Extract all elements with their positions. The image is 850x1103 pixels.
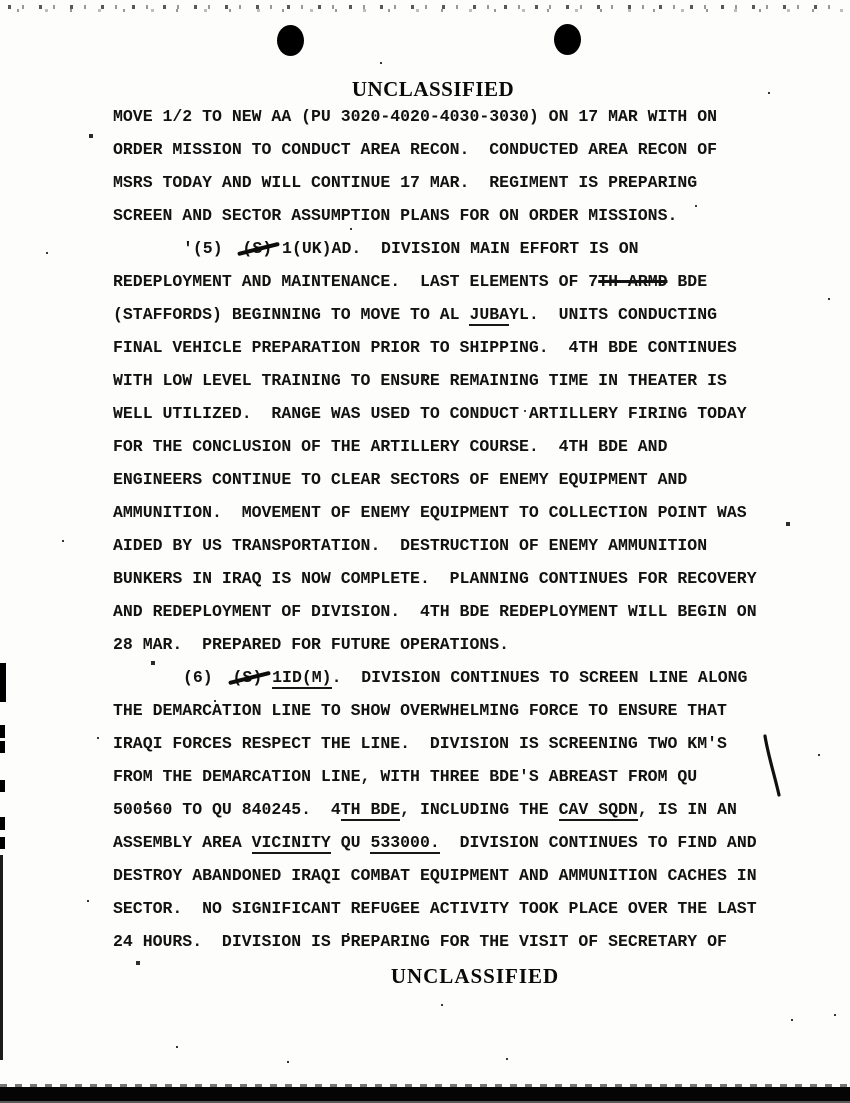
binding-edge-mark <box>0 780 5 792</box>
handwritten-pen-stroke <box>753 731 787 803</box>
text-run: FOR THE CONCLUSION OF THE ARTILLERY COUR… <box>113 437 668 456</box>
text-run: AIDED BY US TRANSPORTATION. DESTRUCTION … <box>113 536 707 555</box>
text-line: WITH LOW LEVEL TRAINING TO ENSURE REMAIN… <box>113 364 803 397</box>
text-run: '(5) <box>183 239 242 258</box>
text-line: FROM THE DEMARCATION LINE, WITH THREE BD… <box>113 760 803 793</box>
text-line: (STAFFORDS) BEGINNING TO MOVE TO AL JUBA… <box>113 298 803 331</box>
binding-edge-mark <box>0 855 3 1060</box>
text-line: IRAQI FORCES RESPECT THE LINE. DIVISION … <box>113 727 803 760</box>
text-run: DESTROY ABANDONED IRAQI COMBAT EQUIPMENT… <box>113 866 757 885</box>
text-line: '(5) (S) 1(UK)AD. DIVISION MAIN EFFORT I… <box>113 232 803 265</box>
text-line: THE DEMARCATION LINE TO SHOW OVERWHELMIN… <box>113 694 803 727</box>
struck-classification-mark: (S) <box>242 232 272 265</box>
text-run: WELL UTILIZED. RANGE WAS USED TO CONDUCT… <box>113 404 747 423</box>
text-run: WITH LOW LEVEL TRAINING TO ENSURE REMAIN… <box>113 371 727 390</box>
text-run: , IS IN AN <box>638 800 737 819</box>
text-run: AMMUNITION. MOVEMENT OF ENEMY EQUIPMENT … <box>113 503 747 522</box>
binding-edge-mark <box>0 837 5 849</box>
text-line: AMMUNITION. MOVEMENT OF ENEMY EQUIPMENT … <box>113 496 803 529</box>
scan-noise-band <box>8 9 844 12</box>
text-line: 28 MAR. PREPARED FOR FUTURE OPERATIONS. <box>113 628 803 661</box>
text-line: DESTROY ABANDONED IRAQI COMBAT EQUIPMENT… <box>113 859 803 892</box>
text-run: ASSEMBLY AREA <box>113 833 252 852</box>
scan-speck-dots <box>0 0 2 2</box>
text-run: DIVISION CONTINUES TO FIND AND <box>440 833 757 852</box>
text-run: . DIVISION CONTINUES TO SCREEN LINE ALON… <box>332 668 748 687</box>
text-line: 500560 TO QU 840245. 4TH BDE, INCLUDING … <box>113 793 803 826</box>
binding-edge-mark <box>0 725 5 738</box>
underlined-text: JUBA <box>469 305 509 326</box>
text-run: BUNKERS IN IRAQ IS NOW COMPLETE. PLANNIN… <box>113 569 757 588</box>
text-line: ASSEMBLY AREA VICINITY QU 533000. DIVISI… <box>113 826 803 859</box>
text-run: MSRS TODAY AND WILL CONTINUE 17 MAR. REG… <box>113 173 697 192</box>
text-run: FINAL VEHICLE PREPARATION PRIOR TO SHIPP… <box>113 338 737 357</box>
text-line: AND REDEPLOYMENT OF DIVISION. 4TH BDE RE… <box>113 595 803 628</box>
text-line: ORDER MISSION TO CONDUCT AREA RECON. CON… <box>113 133 803 166</box>
text-run: FROM THE DEMARCATION LINE, WITH THREE BD… <box>113 767 697 786</box>
underlined-text: VICINITY <box>252 833 331 854</box>
text-run: SCREEN AND SECTOR ASSUMPTION PLANS FOR O… <box>113 206 677 225</box>
text-line: 24 HOURS. DIVISION IS PREPARING FOR THE … <box>113 925 803 958</box>
text-run: IRAQI FORCES RESPECT THE LINE. DIVISION … <box>113 734 727 753</box>
text-line: MSRS TODAY AND WILL CONTINUE 17 MAR. REG… <box>113 166 803 199</box>
text-run: QU <box>331 833 371 852</box>
text-run: ORDER MISSION TO CONDUCT AREA RECON. CON… <box>113 140 717 159</box>
underlined-text: TH BDE <box>341 800 400 821</box>
text-run: MOVE 1/2 TO NEW AA (PU 3020-4020-4030-30… <box>113 107 717 126</box>
text-run: YL. UNITS CONDUCTING <box>509 305 717 324</box>
scan-noise-band <box>8 5 844 9</box>
text-run: ENGINEERS CONTINUE TO CLEAR SECTORS OF E… <box>113 470 687 489</box>
binding-edge-mark <box>0 663 6 702</box>
text-run: SECTOR. NO SIGNIFICANT REFUGEE ACTIVITY … <box>113 899 757 918</box>
classification-header: UNCLASSIFIED <box>352 77 514 102</box>
text-run: , INCLUDING THE <box>400 800 558 819</box>
text-line: WELL UTILIZED. RANGE WAS USED TO CONDUCT… <box>113 397 803 430</box>
binding-edge-mark <box>0 817 5 830</box>
struck-text: TH ARMD <box>598 272 667 291</box>
document-body: MOVE 1/2 TO NEW AA (PU 3020-4020-4030-30… <box>113 100 803 958</box>
classification-footer: UNCLASSIFIED <box>391 964 559 989</box>
binding-edge-mark <box>0 741 5 753</box>
text-run: 24 HOURS. DIVISION IS PREPARING FOR THE … <box>113 932 727 951</box>
scanned-document-page: UNCLASSIFIED MOVE 1/2 TO NEW AA (PU 3020… <box>0 0 850 1103</box>
text-run: AND REDEPLOYMENT OF DIVISION. 4TH BDE RE… <box>113 602 757 621</box>
underlined-text: 1ID(M) <box>272 668 331 689</box>
text-line: SCREEN AND SECTOR ASSUMPTION PLANS FOR O… <box>113 199 803 232</box>
text-run: (6) <box>183 668 233 687</box>
text-run: THE DEMARCATION LINE TO SHOW OVERWHELMIN… <box>113 701 727 720</box>
text-line: REDEPLOYMENT AND MAINTENANCE. LAST ELEME… <box>113 265 803 298</box>
hole-punch-mark <box>554 24 581 55</box>
text-line: ENGINEERS CONTINUE TO CLEAR SECTORS OF E… <box>113 463 803 496</box>
text-run: 500560 TO QU 840245. 4 <box>113 800 341 819</box>
hole-punch-mark <box>277 25 304 56</box>
underlined-text: 533000. <box>370 833 439 854</box>
text-run: REDEPLOYMENT AND MAINTENANCE. LAST ELEME… <box>113 272 598 291</box>
text-line: SECTOR. NO SIGNIFICANT REFUGEE ACTIVITY … <box>113 892 803 925</box>
scan-bottom-bar <box>0 1087 850 1101</box>
text-line: FOR THE CONCLUSION OF THE ARTILLERY COUR… <box>113 430 803 463</box>
underlined-text: CAV SQDN <box>559 800 638 821</box>
text-run: 28 MAR. PREPARED FOR FUTURE OPERATIONS. <box>113 635 509 654</box>
text-run: (STAFFORDS) BEGINNING TO MOVE TO AL <box>113 305 469 324</box>
text-line: FINAL VEHICLE PREPARATION PRIOR TO SHIPP… <box>113 331 803 364</box>
text-line: BUNKERS IN IRAQ IS NOW COMPLETE. PLANNIN… <box>113 562 803 595</box>
text-line: (6) (S) 1ID(M). DIVISION CONTINUES TO SC… <box>113 661 803 694</box>
text-run: BDE <box>668 272 708 291</box>
text-run: 1(UK)AD. DIVISION MAIN EFFORT IS ON <box>272 239 638 258</box>
text-line: AIDED BY US TRANSPORTATION. DESTRUCTION … <box>113 529 803 562</box>
text-line: MOVE 1/2 TO NEW AA (PU 3020-4020-4030-30… <box>113 100 803 133</box>
struck-classification-mark: (S) <box>233 661 263 694</box>
